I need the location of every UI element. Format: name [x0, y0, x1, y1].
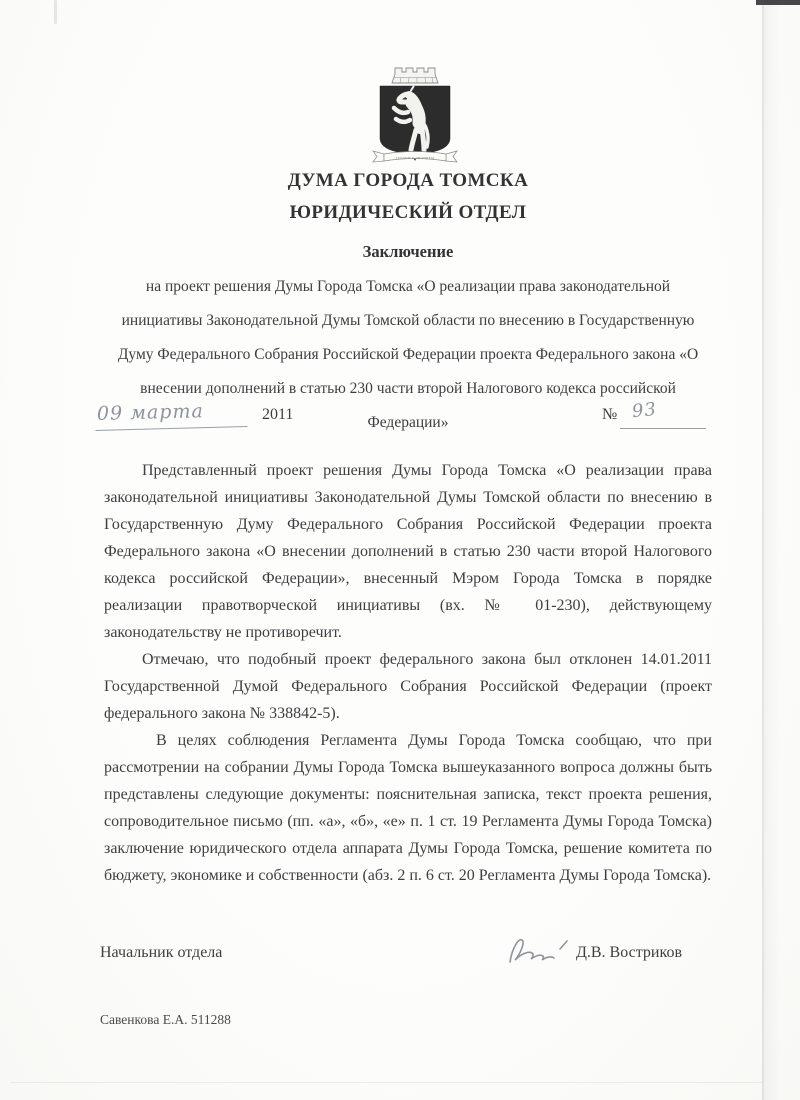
scan-artifact-edge-shading	[764, 0, 800, 1100]
scan-artifact-smudge	[54, 0, 57, 24]
signer-position: Начальник отдела	[100, 944, 222, 962]
department-name: ЮРИДИЧЕСКИЙ ОТДЕЛ	[104, 202, 712, 224]
paragraph-2: Отмечаю, что подобный проект федеральног…	[104, 646, 712, 727]
document-content: ТРУДОМ И ЗНАНИЕМ ДУМА ГОРОДА ТОМСКА ЮРИД…	[104, 0, 712, 1100]
document-title: Заключение	[104, 242, 712, 262]
signature-block: Начальник отдела Д.В. Востриков	[104, 938, 712, 988]
document-body: Представленный проект решения Думы Город…	[104, 457, 712, 889]
paragraph-1: Представленный проект решения Думы Город…	[104, 457, 712, 646]
organization-name: ДУМА ГОРОДА ТОМСКА	[104, 170, 712, 192]
number-label: №	[602, 406, 617, 424]
number-field: 93	[620, 400, 706, 429]
mural-crown-icon	[392, 68, 438, 83]
date-field: 09 марта	[95, 396, 248, 431]
date-year: 2011	[262, 406, 293, 424]
tomsk-coat-of-arms: ТРУДОМ И ЗНАНИЕМ	[370, 64, 460, 166]
executor-note: Савенкова Е.А. 511288	[100, 1012, 231, 1028]
scanned-document-page: ТРУДОМ И ЗНАНИЕМ ДУМА ГОРОДА ТОМСКА ЮРИД…	[0, 0, 800, 1100]
motto-text: ТРУДОМ И ЗНАНИЕМ	[396, 156, 435, 160]
signer-name: Д.В. Востриков	[576, 944, 682, 962]
paragraph-3: В целях соблюдения Регламента Думы Город…	[104, 727, 712, 889]
signature-autograph	[488, 922, 588, 974]
date-and-number-line: 09 марта 2011 № 93	[104, 398, 712, 440]
coat-of-arms-graphic: ТРУДОМ И ЗНАНИЕМ	[370, 64, 460, 166]
handwritten-date: 09 марта	[97, 400, 204, 425]
handwritten-number: 93	[631, 399, 658, 422]
